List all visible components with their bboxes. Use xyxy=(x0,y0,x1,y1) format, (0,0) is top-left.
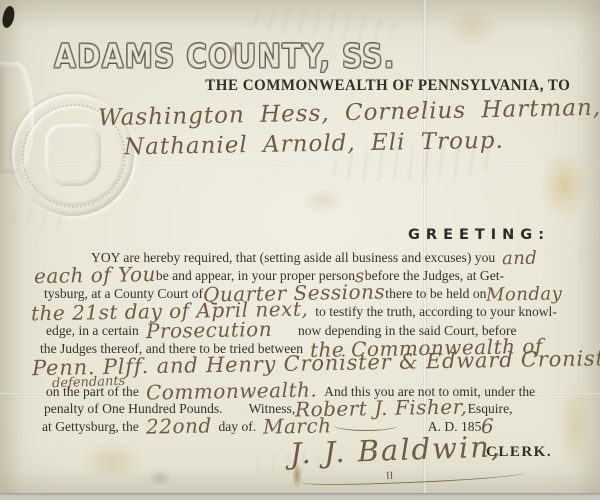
addressees-line-2: Nathaniel Arnold, Eli Troup. xyxy=(124,128,504,161)
handwritten-text: Quarter Sessions xyxy=(203,291,385,294)
document-paper: ADAMS COUNTY, SS. THE COMMONWEALTH OF PE… xyxy=(0,0,600,493)
handwritten-text: Penn. Plff. and Henry Cronister & Edward… xyxy=(32,358,600,368)
signature-tick-mark: II xyxy=(386,470,394,482)
torn-corner-mark xyxy=(1,5,17,29)
greeting-heading: GREETING: xyxy=(408,227,550,243)
print-text: before the Judges, at Get- xyxy=(365,268,504,283)
handwritten-text: the 21st day of April next, xyxy=(31,309,308,314)
print-text: edge, in a certain xyxy=(46,323,139,338)
addressees-line-1: Washington Hess, Cornelius Hartman, xyxy=(98,95,600,132)
body-line-4: the 21st day of April next,to testify th… xyxy=(31,303,557,321)
handwritten-text: Prosecution xyxy=(146,329,272,331)
commonwealth-heading: THE COMMONWEALTH OF PENNSYLVANIA, TO xyxy=(205,77,570,95)
handwritten-text: Robert J. Fisher, xyxy=(295,406,467,409)
body-line-7: Penn. Plff. and Henry Cronister & Edward… xyxy=(32,355,600,373)
stain xyxy=(540,150,588,220)
scanned-document-photo: ADAMS COUNTY, SS. THE COMMONWEALTH OF PE… xyxy=(0,0,600,500)
stain xyxy=(300,188,346,214)
print-text: there to be held on xyxy=(385,286,486,301)
print-text: on the part of the xyxy=(46,384,139,399)
handwritten-text: Monday xyxy=(486,294,562,295)
print-text: day of. xyxy=(218,419,256,434)
handwritten-text: 22ond xyxy=(146,425,212,426)
stain xyxy=(148,470,172,486)
seal-crest xyxy=(45,124,101,186)
handwritten-text: and xyxy=(502,259,537,260)
print-text: at Gettysburg, the xyxy=(42,419,139,434)
county-heading: ADAMS COUNTY, SS. xyxy=(54,38,395,76)
signature-flourish xyxy=(300,468,525,487)
clerk-signature: J. J. Baldwin, xyxy=(289,429,502,470)
stain xyxy=(445,8,500,48)
print-text: to testify the truth, according to your … xyxy=(315,304,557,319)
clerk-label: CLERK. xyxy=(486,444,552,461)
embossed-edge-ornament xyxy=(0,62,34,174)
handwritten-text: each of You xyxy=(34,274,156,276)
handwritten-text: March xyxy=(263,425,332,426)
pen-flourish xyxy=(334,420,398,431)
stain xyxy=(82,440,142,480)
handwritten-text: Commonwealth. xyxy=(146,390,317,393)
